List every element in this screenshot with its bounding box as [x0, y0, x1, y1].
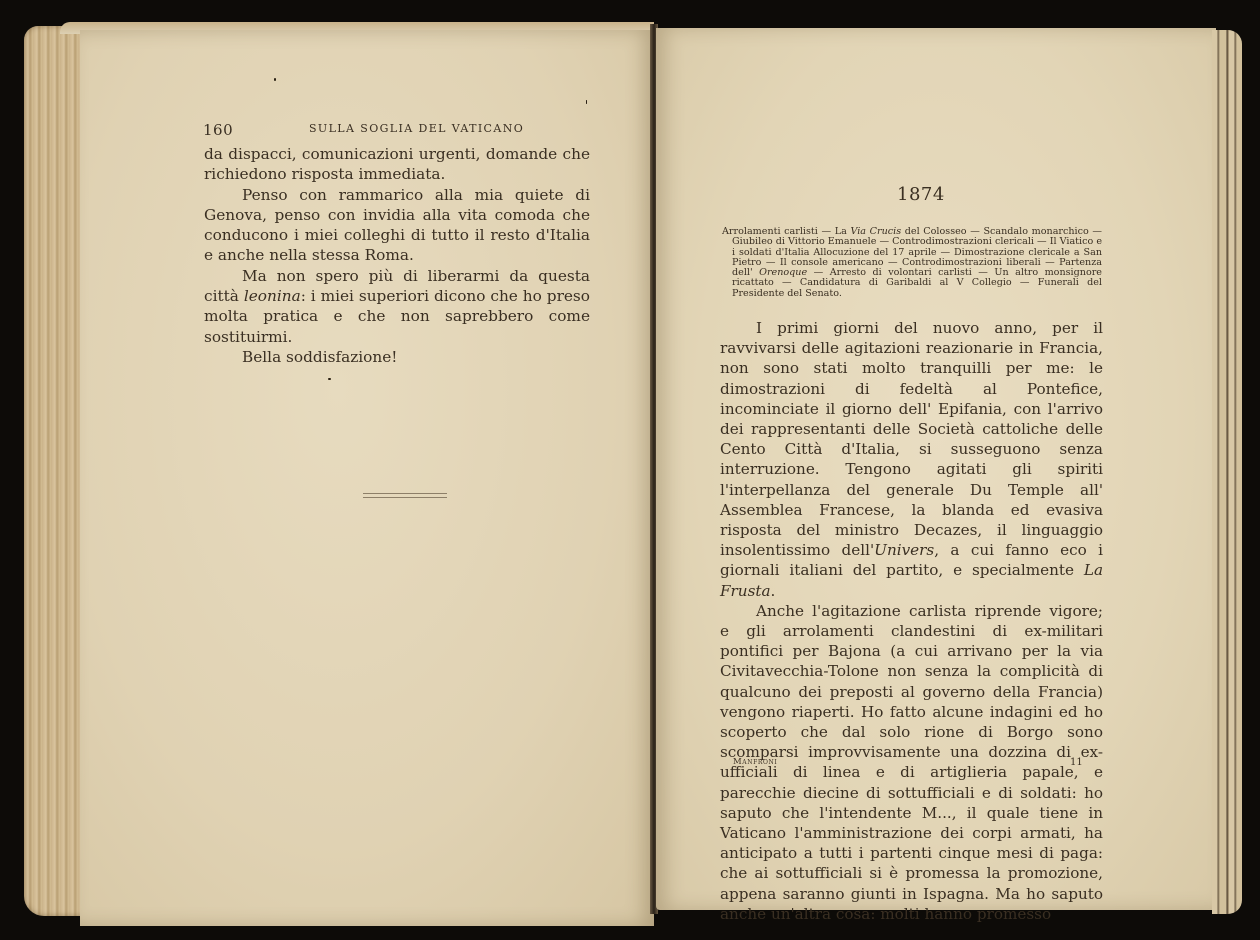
right-paragraph-2: Anche l'agitazione carlista riprende vig… — [720, 601, 1103, 924]
chapter-year-heading: 1874 — [897, 184, 937, 205]
section-divider-rule — [363, 493, 447, 498]
right-page-body: I primi giorni del nuovo anno, per il ra… — [720, 318, 1103, 924]
left-page-body: da dispacci, comunicazioni urgenti, doma… — [204, 144, 590, 367]
running-head-title: SULLA SOGLIA DEL VATICANO — [309, 122, 524, 135]
chapter-summary-text: Arrolamenti carlisti — La Via Crucis del… — [722, 227, 1102, 299]
left-paragraph-1: da dispacci, comunicazioni urgenti, doma… — [204, 144, 590, 185]
paper-speck — [586, 100, 587, 104]
right-paragraph-1-text-a: I primi giorni del nuovo anno, per il ra… — [720, 319, 1103, 559]
signature-mark: 11 — [1070, 757, 1083, 768]
page-number-left: 160 — [203, 121, 233, 139]
left-paragraph-3: Ma non spero più di liberarmi da questa … — [204, 266, 590, 347]
right-page-stack-edges — [1212, 30, 1242, 914]
paper-speck — [274, 78, 276, 81]
open-book: 160 SULLA SOGLIA DEL VATICANO da dispacc… — [0, 0, 1260, 940]
chapter-summary: Arrolamenti carlisti — La Via Crucis del… — [722, 227, 1102, 299]
italic-leonina: leonina — [244, 287, 301, 305]
left-paragraph-2: Penso con rammarico alla mia quiete di G… — [204, 185, 590, 266]
paper-speck — [328, 378, 331, 380]
left-paragraph-4: Bella soddisfazione! — [204, 347, 590, 367]
right-paragraph-1: I primi giorni del nuovo anno, per il ra… — [720, 318, 1103, 601]
right-paragraph-1-text-c: . — [771, 582, 776, 600]
italic-univers: Univers — [874, 541, 934, 559]
printer-signature: Manfroni — [733, 757, 777, 767]
